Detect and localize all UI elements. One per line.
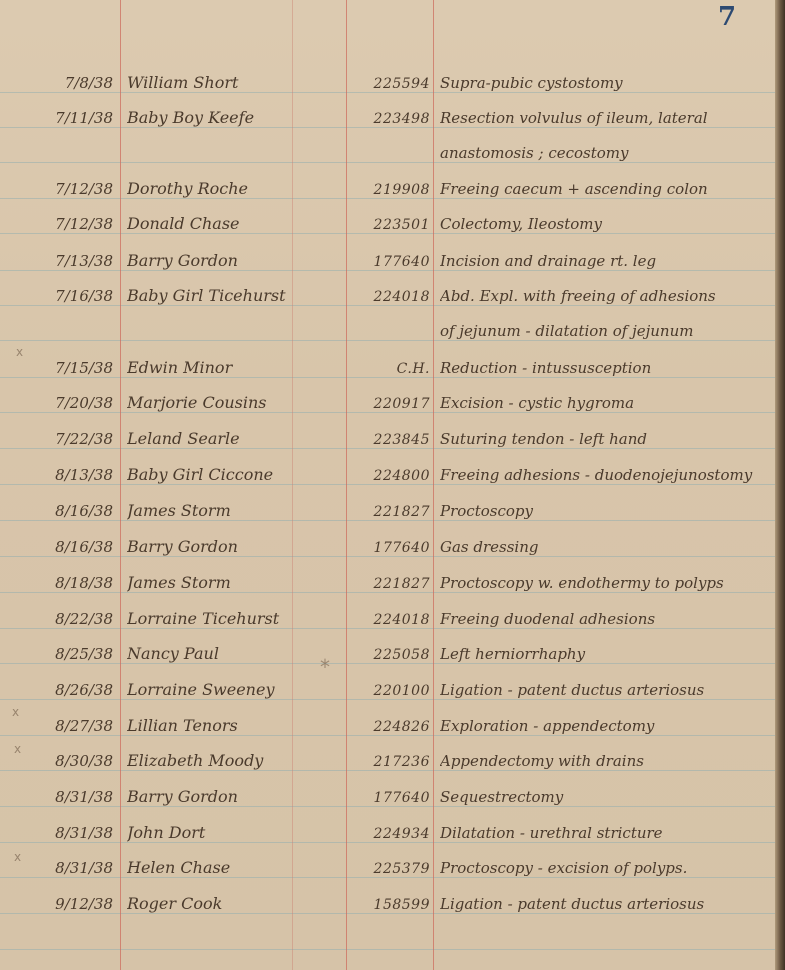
case-number: 224018 <box>350 612 430 628</box>
procedure: Proctoscopy w. endothermy to polyps <box>440 574 775 592</box>
entry-date: 7/12/38 <box>18 180 113 198</box>
procedure: Freeing caecum + ascending colon <box>440 180 775 198</box>
ledger-row: 7/11/38 Baby Boy Keefe 223498 Resection … <box>0 99 775 129</box>
entry-date: 7/11/38 <box>18 109 113 127</box>
patient-name: James Storm <box>127 573 342 592</box>
case-number: 158599 <box>350 897 430 913</box>
procedure: Exploration - appendectomy <box>440 717 775 735</box>
case-number: 217236 <box>350 754 430 770</box>
patient-name: Donald Chase <box>127 214 342 233</box>
ledger-page: 7 x x x x * 7/8/38 William Short 225594 … <box>0 0 775 970</box>
ledger-row: 8/31/38 John Dort 224934 Dilatation - ur… <box>0 814 775 844</box>
patient-name: Lorraine Sweeney <box>127 680 342 699</box>
procedure: Colectomy, Ileostomy <box>440 215 775 233</box>
entry-date: 7/8/38 <box>18 74 113 92</box>
entry-date: 9/12/38 <box>18 895 113 913</box>
procedure: Incision and drainage rt. leg <box>440 252 775 270</box>
case-number: 220100 <box>350 683 430 699</box>
entry-date: 8/31/38 <box>18 859 113 877</box>
case-number: 177640 <box>350 254 430 270</box>
patient-name: Baby Girl Ticehurst <box>127 286 342 305</box>
patient-name: James Storm <box>127 501 342 520</box>
entry-date: 8/22/38 <box>18 610 113 628</box>
entry-date: 7/22/38 <box>18 430 113 448</box>
patient-name: Lorraine Ticehurst <box>127 609 342 628</box>
entry-date: 7/16/38 <box>18 287 113 305</box>
ledger-row: 9/12/38 Roger Cook 158599 Ligation - pat… <box>0 885 775 915</box>
procedure: Sequestrectomy <box>440 788 775 806</box>
binding-edge <box>775 0 785 970</box>
ledger-row: 8/16/38 James Storm 221827 Proctoscopy <box>0 492 775 522</box>
case-number: 177640 <box>350 790 430 806</box>
procedure: of jejunum - dilatation of jejunum <box>440 322 775 340</box>
entry-date: 8/18/38 <box>18 574 113 592</box>
case-number: 220917 <box>350 396 430 412</box>
ledger-row: 7/13/38 Barry Gordon 177640 Incision and… <box>0 242 775 272</box>
entry-date: 8/25/38 <box>18 645 113 663</box>
procedure: Abd. Expl. with freeing of adhesions <box>440 287 775 305</box>
procedure: Resection volvulus of ileum, lateral <box>440 109 775 127</box>
ledger-row: 8/22/38 Lorraine Ticehurst 224018 Freein… <box>0 600 775 630</box>
entry-date: 8/26/38 <box>18 681 113 699</box>
procedure: Gas dressing <box>440 538 775 556</box>
case-number: 223845 <box>350 432 430 448</box>
procedure: Freeing duodenal adhesions <box>440 610 775 628</box>
entry-date: 7/15/38 <box>18 359 113 377</box>
patient-name: Marjorie Cousins <box>127 393 342 412</box>
case-number: 221827 <box>350 576 430 592</box>
patient-name: John Dort <box>127 823 342 842</box>
rule-line <box>0 949 775 950</box>
patient-name: Dorothy Roche <box>127 179 342 198</box>
entry-date: 8/31/38 <box>18 824 113 842</box>
patient-name: Baby Girl Ciccone <box>127 465 342 484</box>
patient-name: Roger Cook <box>127 894 342 913</box>
procedure: Supra-pubic cystostomy <box>440 74 775 92</box>
patient-name: Barry Gordon <box>127 251 342 270</box>
entry-date: 8/13/38 <box>18 466 113 484</box>
case-number: 225594 <box>350 76 430 92</box>
ledger-row: 7/20/38 Marjorie Cousins 220917 Excision… <box>0 384 775 414</box>
ledger-row: 7/15/38 Edwin Minor C.H. Reduction - int… <box>0 349 775 379</box>
ledger-row: 8/18/38 James Storm 221827 Proctoscopy w… <box>0 564 775 594</box>
case-number: 177640 <box>350 540 430 556</box>
case-number: 224018 <box>350 289 430 305</box>
patient-name: Nancy Paul <box>127 644 342 663</box>
patient-name: Baby Boy Keefe <box>127 108 342 127</box>
case-number: 223501 <box>350 217 430 233</box>
patient-name: William Short <box>127 73 342 92</box>
ledger-row: 7/22/38 Leland Searle 223845 Suturing te… <box>0 420 775 450</box>
procedure: Ligation - patent ductus arteriosus <box>440 895 775 913</box>
entry-date: 8/31/38 <box>18 788 113 806</box>
case-number: 221827 <box>350 504 430 520</box>
patient-name: Edwin Minor <box>127 358 342 377</box>
procedure: Left herniorrhaphy <box>440 645 775 663</box>
ledger-row: 8/31/38 Barry Gordon 177640 Sequestrecto… <box>0 778 775 808</box>
procedure: Appendectomy with drains <box>440 752 775 770</box>
procedure: Reduction - intussusception <box>440 359 775 377</box>
procedure: Ligation - patent ductus arteriosus <box>440 681 775 699</box>
ledger-row: 7/12/38 Donald Chase 223501 Colectomy, I… <box>0 205 775 235</box>
entry-date: 8/16/38 <box>18 538 113 556</box>
entry-date: 8/30/38 <box>18 752 113 770</box>
procedure: Dilatation - urethral stricture <box>440 824 775 842</box>
case-number: 224826 <box>350 719 430 735</box>
entry-date: 7/13/38 <box>18 252 113 270</box>
procedure: Suturing tendon - left hand <box>440 430 775 448</box>
entry-date: 8/16/38 <box>18 502 113 520</box>
case-number: 225379 <box>350 861 430 877</box>
procedure: Excision - cystic hygroma <box>440 394 775 412</box>
entry-date: 7/20/38 <box>18 394 113 412</box>
case-number: 224800 <box>350 468 430 484</box>
patient-name: Leland Searle <box>127 429 342 448</box>
ledger-row: 8/25/38 Nancy Paul 225058 Left herniorrh… <box>0 635 775 665</box>
case-number: 223498 <box>350 111 430 127</box>
procedure: Proctoscopy <box>440 502 775 520</box>
ledger-row: 7/16/38 Baby Girl Ticehurst 224018 Abd. … <box>0 277 775 307</box>
patient-name: Barry Gordon <box>127 787 342 806</box>
procedure: anastomosis ; cecostomy <box>440 144 775 162</box>
patient-name: Barry Gordon <box>127 537 342 556</box>
case-number: 225058 <box>350 647 430 663</box>
entry-date: 7/12/38 <box>18 215 113 233</box>
patient-name: Lillian Tenors <box>127 716 342 735</box>
case-number: 224934 <box>350 826 430 842</box>
ledger-row-continuation: of jejunum - dilatation of jejunum <box>0 312 775 342</box>
ledger-row: 8/30/38 Elizabeth Moody 217236 Appendect… <box>0 742 775 772</box>
ledger-row: 7/8/38 William Short 225594 Supra-pubic … <box>0 64 775 94</box>
patient-name: Elizabeth Moody <box>127 751 342 770</box>
case-number: C.H. <box>350 361 430 377</box>
ledger-row: 7/12/38 Dorothy Roche 219908 Freeing cae… <box>0 170 775 200</box>
ledger-row: 8/16/38 Barry Gordon 177640 Gas dressing <box>0 528 775 558</box>
case-number: 219908 <box>350 182 430 198</box>
ledger-row: 8/31/38 Helen Chase 225379 Proctoscopy -… <box>0 849 775 879</box>
entry-date: 8/27/38 <box>18 717 113 735</box>
procedure: Proctoscopy - excision of polyps. <box>440 859 775 877</box>
ledger-row: 8/13/38 Baby Girl Ciccone 224800 Freeing… <box>0 456 775 486</box>
page-number: 7 <box>718 2 736 32</box>
ledger-row-continuation: anastomosis ; cecostomy <box>0 134 775 164</box>
ledger-row: 8/26/38 Lorraine Sweeney 220100 Ligation… <box>0 671 775 701</box>
patient-name: Helen Chase <box>127 858 342 877</box>
procedure: Freeing adhesions - duodenojejunostomy <box>440 466 775 484</box>
ledger-row: 8/27/38 Lillian Tenors 224826 Exploratio… <box>0 707 775 737</box>
